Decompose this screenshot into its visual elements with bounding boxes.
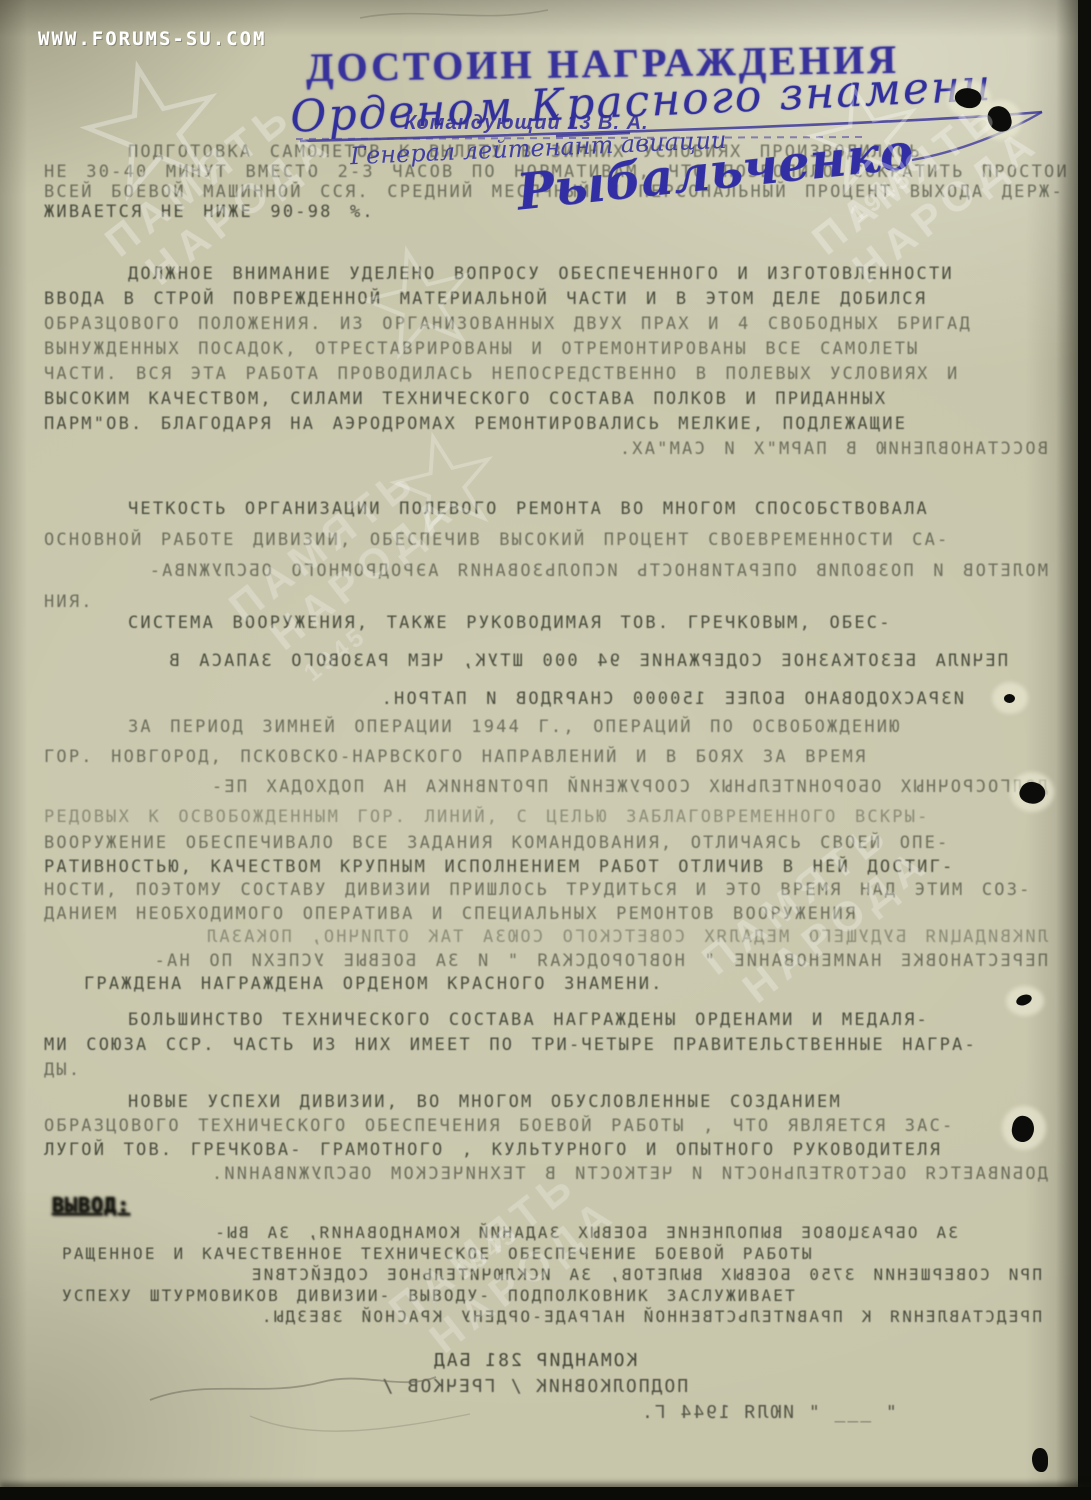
typed-line: ЗА ПЕРИОД ЗИМНЕЙ ОПЕРАЦИИ 1944 Г., ОПЕРА…: [44, 712, 1048, 742]
footer-date-line: " ___ " ИЮЛЯ 1944 Г.: [640, 1402, 897, 1423]
typed-line: УСПЕХУ ШТУРМОВИКОВ ДИВИЗИИ- ВЫВОДУ- ПОДП…: [62, 1285, 1042, 1306]
scan-edge-right: [1078, 0, 1091, 1500]
punch-hole: [1004, 694, 1015, 703]
conclusion-label: ВЫВОД:: [52, 1193, 130, 1217]
scanned-award-document: ПОДГОТОВКА САМОЛЕТОВ К ВЫЛЕТУ В ЗИМНИХ У…: [0, 0, 1091, 1500]
typed-line: ДЫ.: [44, 1058, 1048, 1083]
typed-line: ВВОДА В СТРОЙ ПОВРЕЖДЕННОЙ МАТЕРИАЛЬНОЙ …: [44, 287, 1048, 312]
typed-line: ОСНОВНОЙ РАБОТЕ ДИВИЗИИ, ОБЕСПЕЧИВ ВЫСОК…: [44, 525, 1048, 556]
typed-line: РЕДОВЫХ К ОСВОБОЖДЕННЫМ ГОР. ЛИНИЙ, С ЦЕ…: [44, 802, 1048, 832]
typed-line: ДОЛГОСРОЧНЫХ ОБОРОНИТЕЛЬНЫХ СООРУЖЕНИЙ П…: [44, 772, 1048, 802]
footer-commander-line: КОМАНДИР 281 БАД: [432, 1350, 637, 1371]
typed-line: МОЛЕТОВ И ПОЗВОЛИВ ОПЕРАТИВНОСТЬ ИСПОЛЬЗ…: [44, 556, 1048, 587]
typed-line: ПАРМ"ОВ. БЛАГОДАРЯ НА АЭРОДРОМАХ РЕМОНТИ…: [44, 412, 1048, 437]
typed-line: ВОССТАНОВЛЕНИЮ В ПАРМ"Х И САМ"АХ.: [44, 437, 1048, 462]
typed-line: ПРЕДСТАВЛЕНИЯ К ПРАВИТЕЛЬСТВЕННОЙ НАГРАД…: [62, 1306, 1042, 1327]
typed-line: МИ СОЮЗА ССР. ЧАСТЬ ИЗ НИХ ИМЕЕТ ПО ТРИ-…: [44, 1033, 1048, 1058]
typed-line: НОСТИ, ПОЭТОМУ СОСТАВУ ДИВИЗИИ ПРИШЛОСЬ …: [44, 879, 1048, 903]
typed-line: ПЕЧИЛА БЕЗОТКАЗНОЕ СОДЕРЖАНИЕ 94 000 ШТУ…: [44, 642, 1048, 680]
footer-rank-line: ПОДПОЛКОВНИК / ГРЕЧКОВ /: [380, 1376, 688, 1397]
typed-paragraph: НОВЫЕ УСПЕХИ ДИВИЗИИ, ВО МНОГОМ ОБУСЛОВЛ…: [44, 1090, 1048, 1186]
typed-line: ЛУГОЙ ТОВ. ГРЕЧКОВА- ГРАМОТНОГО , КУЛЬТУ…: [44, 1138, 1048, 1162]
typed-line: ДАНИЕМ НЕОБХОДИМОГО ОПЕРАТИВА И СПЕЦИАЛЬ…: [44, 903, 1048, 927]
typed-line: ГРАЖДЕНА НАГРАЖДЕНА ОРДЕНОМ КРАСНОГО ЗНА…: [44, 973, 1048, 997]
typed-paragraph: ЗА ПЕРИОД ЗИМНЕЙ ОПЕРАЦИИ 1944 Г., ОПЕРА…: [44, 712, 1048, 832]
typed-line: ГОР. НОВГОРОД, ПСКОВСКО-НАРВСКОГО НАПРАВ…: [44, 742, 1048, 772]
typed-paragraph: ЧЕТКОСТЬ ОРГАНИЗАЦИИ ПОЛЕВОГО РЕМОНТА ВО…: [44, 494, 1048, 618]
typed-line: ВЫНУЖДЕННЫХ ПОСАДОК, ОТРЕСТАВРИРОВАНЫ И …: [44, 337, 1048, 362]
typed-line: ОБРАЗЦОВОГО ТЕХНИЧЕСКОГО ОБЕСПЕЧЕНИЯ БОЕ…: [44, 1114, 1048, 1138]
typed-line: ВООРУЖЕНИЕ ОБЕСПЕЧИВАЛО ВСЕ ЗАДАНИЯ КОМА…: [44, 832, 1048, 856]
typed-line: РАЩЕННОЕ И КАЧЕСТВЕННОЕ ТЕХНИЧЕСКОЕ ОБЕС…: [62, 1243, 1042, 1264]
typed-line: СИСТЕМА ВООРУЖЕНИЯ, ТАКЖЕ РУКОВОДИМАЯ ТО…: [44, 604, 1048, 642]
typed-line: ВЫСОКИМ КАЧЕСТВОМ, СИЛАМИ ТЕХНИЧЕСКОГО С…: [44, 387, 1048, 412]
typed-line: РАТИВНОСТЬЮ, КАЧЕСТВОМ КРУПНЫМ ИСПОЛНЕНИ…: [44, 856, 1048, 880]
paper-tear-mark: [1032, 1448, 1048, 1472]
typed-paragraph: ДОЛЖНОЕ ВНИМАНИЕ УДЕЛЕНО ВОПРОСУ ОБЕСПЕЧ…: [44, 262, 1048, 462]
typed-line: БОЛЬШИНСТВО ТЕХНИЧЕСКОГО СОСТАВА НАГРАЖД…: [44, 1008, 1048, 1033]
typed-line: ДОБИВАЕТСЯ ОБСТОЯТЕЛЬНОСТИ И ЧЕТКОСТИ В …: [44, 1162, 1048, 1186]
typed-line: ЛИКВИДАЦИЯ БУДУЩЕГО МЕДАЛЯХ СОВЕТСКОГО С…: [44, 926, 1048, 950]
pencil-scribble: [250, 1414, 470, 1431]
typed-line: ПЕРЕСТАНОВКЕ НАИМЕНОВАНИЕ " НОВГОРОДСКАЯ…: [44, 950, 1048, 974]
typed-line: ОБРАЗЦОВОГО ПОЛОЖЕНИЯ. ИЗ ОРГАНИЗОВАННЫХ…: [44, 312, 1048, 337]
site-watermark: WWW.FORUMS-SU.COM: [38, 28, 266, 50]
typed-line: ПРИ СОВЕРШЕНИИ 3750 БОЕВЫХ ВЫЛЕТОВ, ЗА И…: [62, 1264, 1042, 1285]
typed-line: ЗА ОБРАЗЦОВОЕ ВЫПОЛНЕНИЕ БОЕВЫХ ЗАДАНИЙ …: [62, 1222, 1042, 1243]
typed-paragraph: БОЛЬШИНСТВО ТЕХНИЧЕСКОГО СОСТАВА НАГРАЖД…: [44, 1008, 1048, 1083]
typed-line: НОВЫЕ УСПЕХИ ДИВИЗИИ, ВО МНОГОМ ОБУСЛОВЛ…: [44, 1090, 1048, 1114]
typed-line: ЧЕТКОСТЬ ОРГАНИЗАЦИИ ПОЛЕВОГО РЕМОНТА ВО…: [44, 494, 1048, 525]
typed-paragraph: СИСТЕМА ВООРУЖЕНИЯ, ТАКЖЕ РУКОВОДИМАЯ ТО…: [44, 604, 1048, 718]
typed-line: ЧАСТИ. ВСЯ ЭТА РАБОТА ПРОВОДИЛАСЬ НЕПОСР…: [44, 362, 1048, 387]
typed-paragraph: ВООРУЖЕНИЕ ОБЕСПЕЧИВАЛО ВСЕ ЗАДАНИЯ КОМА…: [44, 832, 1048, 997]
typed-paragraph: ЗА ОБРАЗЦОВОЕ ВЫПОЛНЕНИЕ БОЕВЫХ ЗАДАНИЙ …: [62, 1222, 1042, 1327]
pencil-scribble: [360, 10, 548, 18]
scan-edge-bottom: [0, 1487, 1091, 1500]
scan-edge-shadow: [1056, 0, 1078, 1500]
typed-line: ДОЛЖНОЕ ВНИМАНИЕ УДЕЛЕНО ВОПРОСУ ОБЕСПЕЧ…: [44, 262, 1048, 287]
